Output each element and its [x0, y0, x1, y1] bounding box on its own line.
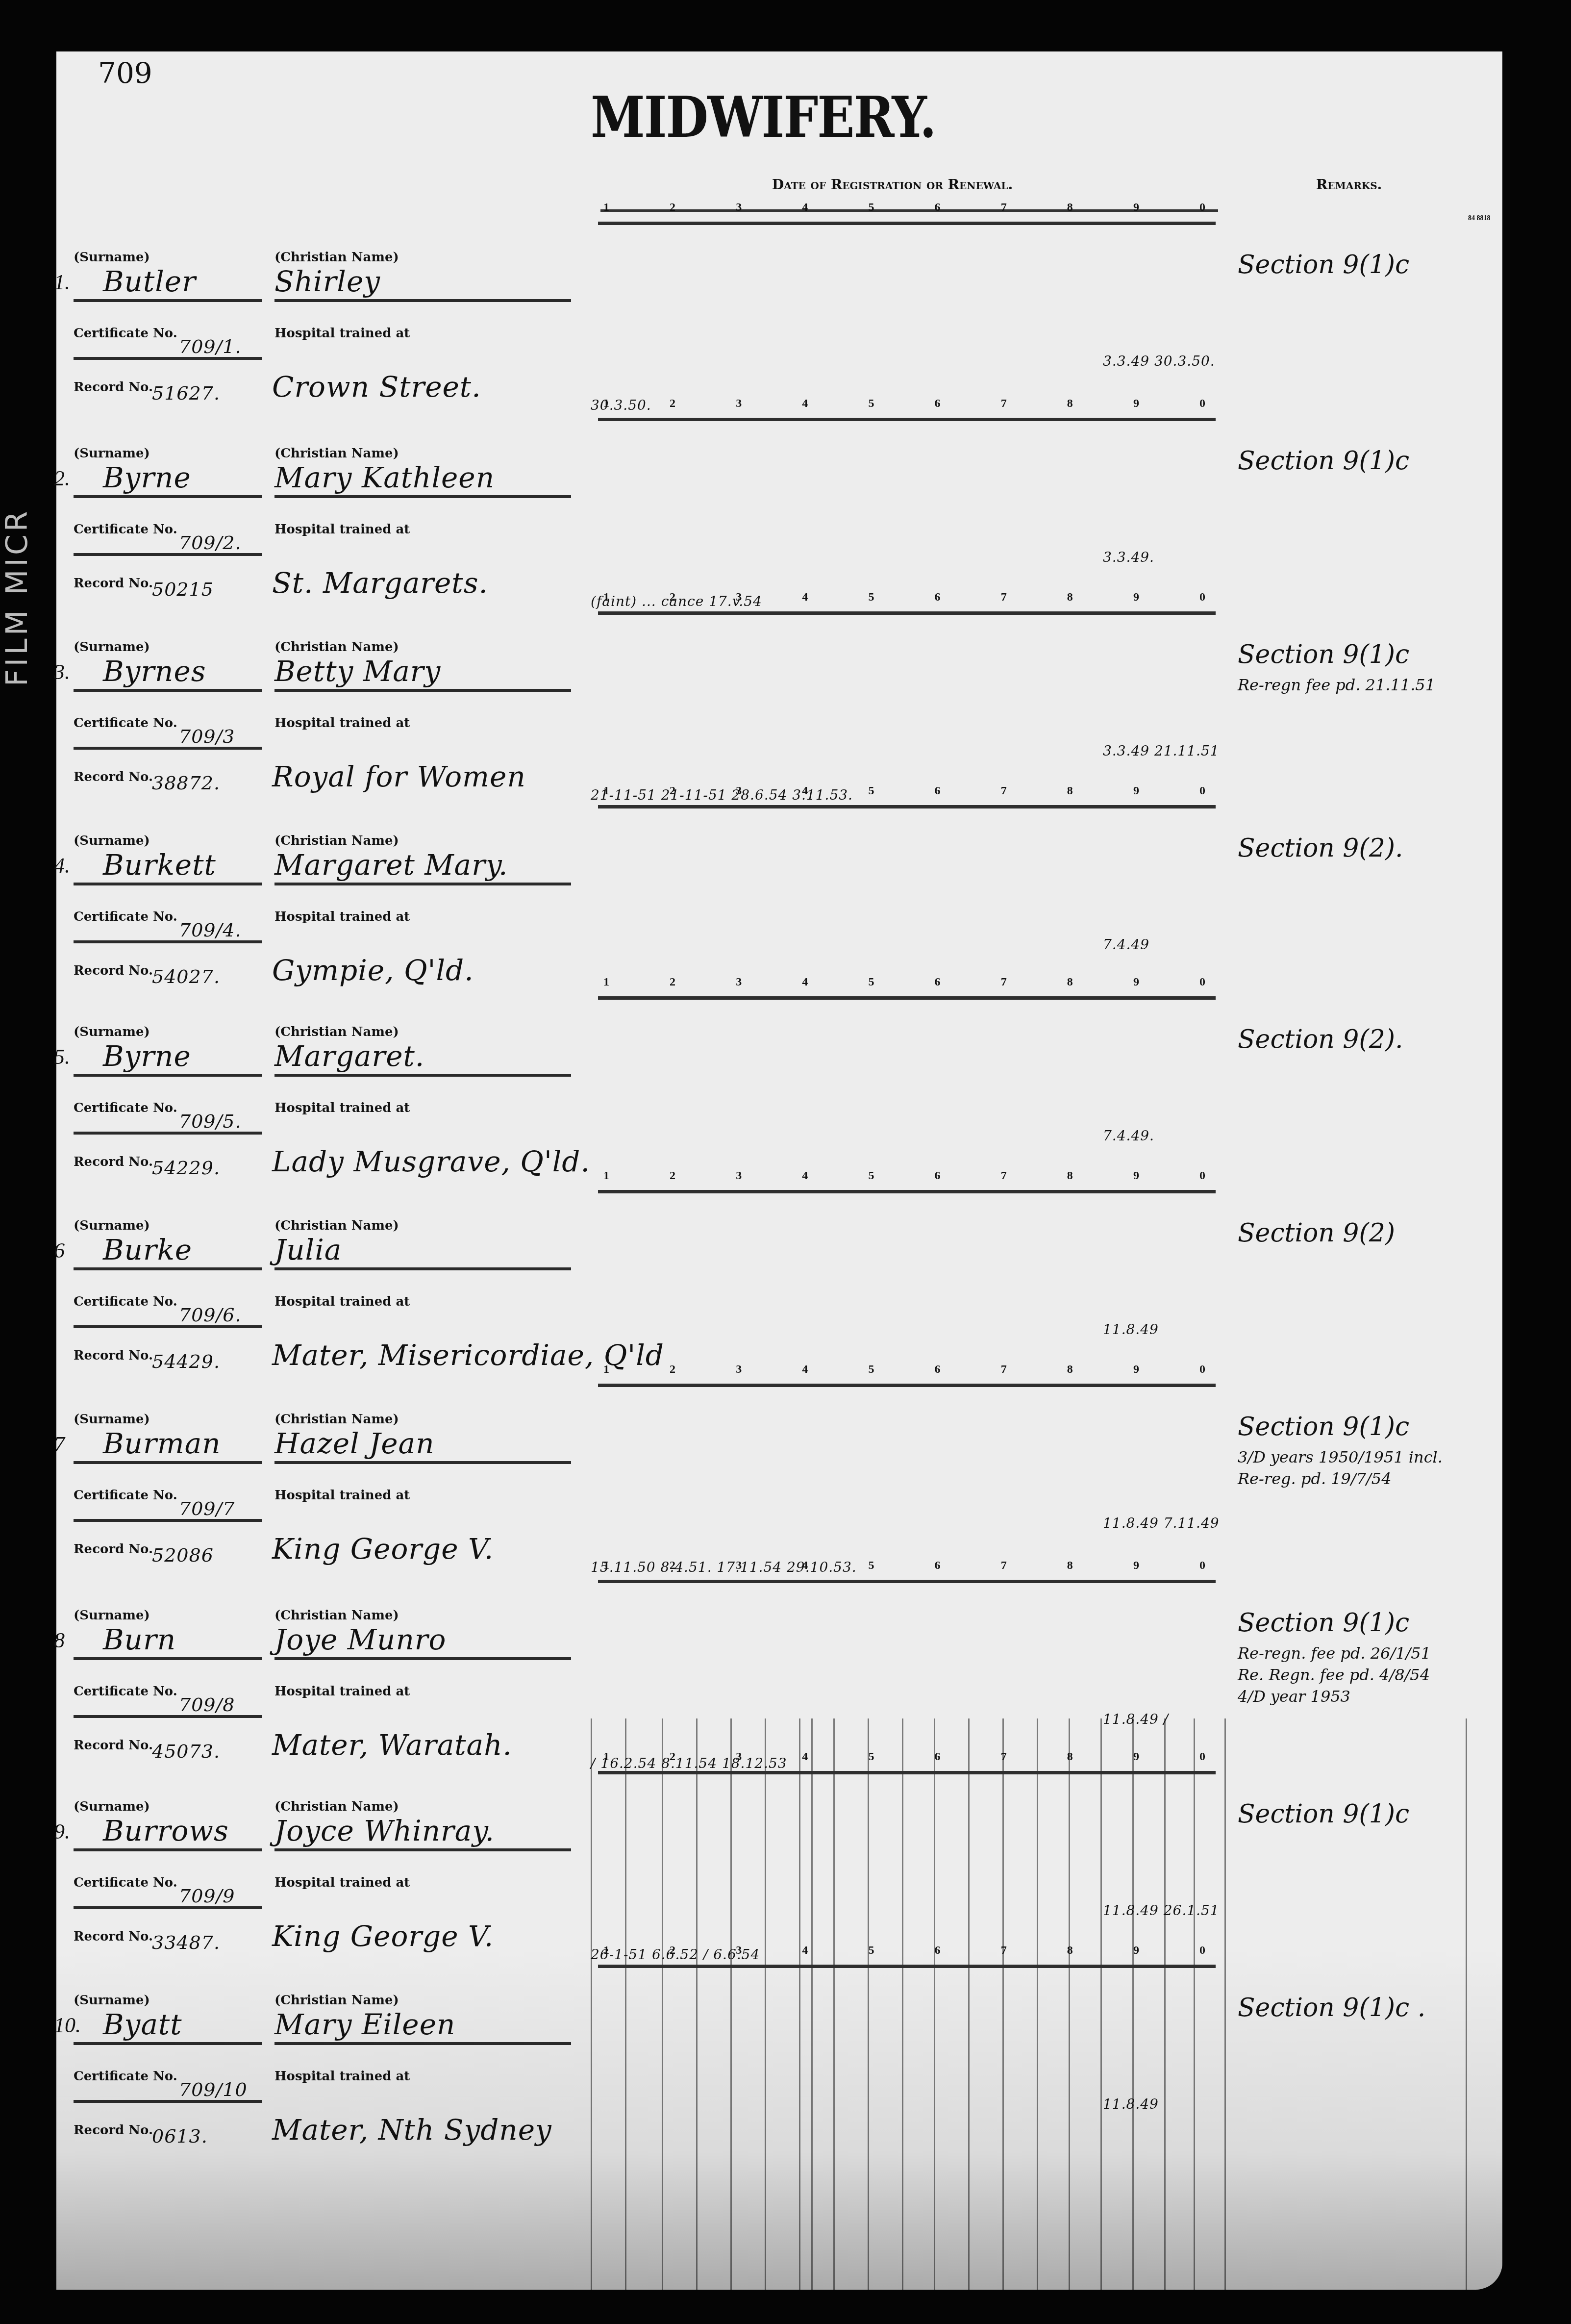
digit-column-7: 7 — [998, 976, 1010, 989]
hospital-label: Hospital trained at — [274, 1294, 410, 1309]
digit-column-header: 1234567890 — [600, 1559, 1208, 1572]
digit-column-4: 4 — [799, 201, 811, 214]
entry-index: 5. — [54, 1044, 70, 1069]
certificate-no-value: 709/3 — [179, 726, 235, 747]
remarks-notes: Re-regn. fee pd. 26/1/51Re. Regn. fee pd… — [1238, 1642, 1431, 1707]
digit-column-2: 2 — [667, 1169, 678, 1183]
digit-column-7: 7 — [998, 201, 1010, 214]
remarks-value: Section 9(2) — [1238, 1218, 1395, 1248]
digit-column-3: 3 — [733, 591, 745, 604]
date-rule — [598, 222, 1216, 225]
certificate-rule — [74, 1132, 262, 1135]
remarks-notes: 3/D years 1950/1951 incl.Re-reg. pd. 19/… — [1238, 1446, 1443, 1490]
remarks-value: Section 9(2). — [1238, 1025, 1403, 1054]
digit-column-header: 1234567890 — [600, 201, 1208, 214]
surname-value: Byrne — [103, 461, 191, 494]
certificate-no-value: 709/1. — [179, 336, 242, 357]
registration-dates: 11.8.49 26.1.51 — [1103, 1902, 1220, 1919]
entry-index: 3. — [54, 659, 70, 684]
record-no-value: 50215 — [152, 579, 214, 600]
surname-value: Burman — [103, 1427, 221, 1460]
record-no-value: 0613. — [152, 2125, 208, 2147]
hospital-value: Mater, Nth Sydney — [272, 2113, 552, 2147]
certificate-rule — [74, 1325, 262, 1328]
digit-column-4: 4 — [799, 784, 811, 798]
christian-name-value: Joye Munro — [274, 1623, 446, 1656]
surname-label: (Surname) — [74, 1218, 150, 1233]
digit-column-6: 6 — [932, 976, 944, 989]
record-no-label: Record No. — [74, 770, 153, 784]
digit-column-5: 5 — [865, 201, 877, 214]
record-no-value: 54027. — [152, 966, 220, 987]
christian-name-label: (Christian Name) — [274, 640, 399, 655]
date-rule — [598, 1580, 1216, 1583]
remarks-value: Section 9(1)c . — [1238, 1993, 1425, 2022]
certificate-no-label: Certificate No. — [74, 1101, 177, 1115]
christian-name-rule — [274, 1848, 571, 1851]
digit-column-4: 4 — [799, 591, 811, 604]
registration-dates: 3.3.49 21.11.51 — [1103, 743, 1220, 759]
register-page: 709 MIDWIFERY. Date of Registration or R… — [56, 51, 1502, 2290]
digit-column-6: 6 — [932, 1363, 944, 1376]
surname-rule — [74, 883, 262, 885]
digit-column-0: 0 — [1197, 1559, 1208, 1572]
digit-column-header: 1234567890 — [600, 591, 1208, 604]
entry-index: 1. — [54, 270, 70, 295]
digit-column-2: 2 — [667, 591, 678, 604]
entry-index: 4. — [54, 853, 70, 878]
remarks-value: Section 9(1)c — [1238, 250, 1409, 279]
christian-name-value: Margaret. — [274, 1039, 424, 1073]
remarks-value: Section 9(1)c — [1238, 640, 1409, 669]
christian-name-value: Margaret Mary. — [274, 848, 508, 882]
certificate-no-label: Certificate No. — [74, 2069, 177, 2084]
certificate-rule — [74, 1519, 262, 1522]
film-edge-marking: FILM MICR — [0, 0, 20, 686]
surname-label: (Surname) — [74, 1993, 150, 2008]
date-rule — [598, 418, 1216, 421]
digit-column-5: 5 — [865, 1750, 877, 1764]
digit-column-2: 2 — [667, 1944, 678, 1957]
digit-column-2: 2 — [667, 784, 678, 798]
digit-column-6: 6 — [932, 591, 944, 604]
remarks-value: Section 9(1)c — [1238, 1412, 1409, 1441]
digit-column-4: 4 — [799, 397, 811, 410]
digit-column-8: 8 — [1064, 1750, 1076, 1764]
page-title: MIDWIFERY. — [591, 84, 936, 151]
hospital-value: Mater, Waratah. — [272, 1728, 512, 1762]
hospital-label: Hospital trained at — [274, 326, 410, 341]
surname-rule — [74, 495, 262, 498]
certificate-no-label: Certificate No. — [74, 1875, 177, 1890]
surname-label: (Surname) — [74, 1025, 150, 1039]
digit-column-3: 3 — [733, 201, 745, 214]
digit-column-9: 9 — [1130, 1169, 1142, 1183]
christian-name-rule — [274, 1074, 571, 1077]
surname-label: (Surname) — [74, 1412, 150, 1427]
digit-column-6: 6 — [932, 1169, 944, 1183]
certificate-no-label: Certificate No. — [74, 326, 177, 341]
digit-column-7: 7 — [998, 1169, 1010, 1183]
digit-column-4: 4 — [799, 1559, 811, 1572]
surname-rule — [74, 2042, 262, 2045]
page-number: 709 — [98, 56, 152, 90]
christian-name-rule — [274, 2042, 571, 2045]
record-no-label: Record No. — [74, 1929, 153, 1944]
digit-column-5: 5 — [865, 976, 877, 989]
hospital-value: Crown Street. — [272, 370, 481, 404]
date-rule — [598, 1384, 1216, 1387]
certificate-rule — [74, 1906, 262, 1909]
digit-column-3: 3 — [733, 1363, 745, 1376]
digit-column-9: 9 — [1130, 784, 1142, 798]
certificate-no-value: 709/10 — [179, 2079, 248, 2100]
digit-column-8: 8 — [1064, 1944, 1076, 1957]
registration-dates: 7.4.49 — [1103, 936, 1149, 953]
certificate-rule — [74, 940, 262, 943]
hospital-value: Lady Musgrave, Q'ld. — [272, 1145, 590, 1178]
remarks-note: Re. Regn. fee pd. 4/8/54 — [1238, 1664, 1431, 1686]
digit-column-5: 5 — [865, 1363, 877, 1376]
digit-column-5: 5 — [865, 591, 877, 604]
surname-value: Byrnes — [103, 655, 206, 688]
christian-name-rule — [274, 689, 571, 692]
certificate-no-label: Certificate No. — [74, 1684, 177, 1699]
entry-index: 10. — [54, 2013, 81, 2038]
record-no-value: 52086 — [152, 1544, 214, 1566]
record-no-label: Record No. — [74, 963, 153, 978]
digit-column-5: 5 — [865, 784, 877, 798]
remarks-note: 3/D years 1950/1951 incl. — [1238, 1446, 1443, 1468]
digit-column-1: 1 — [600, 1750, 612, 1764]
remarks-value: Section 9(1)c — [1238, 1608, 1409, 1638]
hospital-label: Hospital trained at — [274, 1488, 410, 1503]
digit-column-header: 1234567890 — [600, 1363, 1208, 1376]
surname-label: (Surname) — [74, 446, 150, 461]
record-no-value: 54229. — [152, 1157, 220, 1179]
certificate-no-value: 709/5. — [179, 1111, 242, 1132]
christian-name-label: (Christian Name) — [274, 446, 399, 461]
certificate-rule — [74, 357, 262, 360]
digit-column-4: 4 — [799, 1169, 811, 1183]
christian-name-value: Shirley — [274, 265, 380, 298]
hospital-value: St. Margarets. — [272, 566, 488, 600]
certificate-no-value: 709/8 — [179, 1694, 235, 1716]
remarks-column-header: Remarks. — [1316, 177, 1382, 193]
record-no-label: Record No. — [74, 2123, 153, 2138]
christian-name-value: Hazel Jean — [274, 1427, 435, 1460]
christian-name-rule — [274, 495, 571, 498]
hospital-value: Gympie, Q'ld. — [272, 954, 474, 987]
surname-label: (Surname) — [74, 640, 150, 655]
surname-rule — [74, 689, 262, 692]
surname-label: (Surname) — [74, 834, 150, 848]
date-rule — [598, 1965, 1216, 1968]
digit-column-8: 8 — [1064, 1559, 1076, 1572]
digit-column-8: 8 — [1064, 976, 1076, 989]
digit-column-7: 7 — [998, 591, 1010, 604]
digit-column-8: 8 — [1064, 397, 1076, 410]
entry-index: 9. — [54, 1819, 70, 1844]
christian-name-rule — [274, 883, 571, 885]
digit-column-6: 6 — [932, 1944, 944, 1957]
hospital-label: Hospital trained at — [274, 2069, 410, 2084]
registration-dates: 3.3.49. — [1103, 549, 1154, 565]
christian-name-value: Mary Eileen — [274, 2008, 455, 2041]
form-code: 84 8818 — [1468, 215, 1491, 223]
digit-column-5: 5 — [865, 397, 877, 410]
hospital-label: Hospital trained at — [274, 522, 410, 537]
surname-rule — [74, 1657, 262, 1660]
hospital-value: Royal for Women — [272, 760, 526, 793]
digit-column-1: 1 — [600, 784, 612, 798]
digit-column-2: 2 — [667, 1363, 678, 1376]
record-no-label: Record No. — [74, 1348, 153, 1363]
digit-column-5: 5 — [865, 1944, 877, 1957]
date-rule — [598, 805, 1216, 808]
surname-value: Burke — [103, 1233, 192, 1266]
digit-column-3: 3 — [733, 1169, 745, 1183]
certificate-rule — [74, 1715, 262, 1718]
christian-name-value: Betty Mary — [274, 655, 441, 688]
surname-value: Byrne — [103, 1039, 191, 1073]
digit-column-4: 4 — [799, 976, 811, 989]
christian-name-label: (Christian Name) — [274, 1412, 399, 1427]
record-no-value: 38872. — [152, 772, 220, 794]
certificate-no-value: 709/6. — [179, 1304, 242, 1326]
christian-name-value: Joyce Whinray. — [274, 1814, 495, 1847]
digit-column-9: 9 — [1130, 1559, 1142, 1572]
digit-column-7: 7 — [998, 784, 1010, 798]
digit-column-1: 1 — [600, 1944, 612, 1957]
christian-name-label: (Christian Name) — [274, 1025, 399, 1039]
certificate-no-label: Certificate No. — [74, 522, 177, 537]
digit-column-1: 1 — [600, 397, 612, 410]
surname-value: Burkett — [103, 848, 216, 882]
digit-column-header: 1234567890 — [600, 397, 1208, 410]
remarks-notes: Re-regn fee pd. 21.11.51 — [1238, 674, 1435, 696]
surname-rule — [74, 1267, 262, 1270]
surname-value: Byatt — [103, 2008, 182, 2041]
certificate-no-label: Certificate No. — [74, 1488, 177, 1503]
digit-column-8: 8 — [1064, 784, 1076, 798]
digit-column-9: 9 — [1130, 976, 1142, 989]
digit-column-5: 5 — [865, 1169, 877, 1183]
record-no-label: Record No. — [74, 1542, 153, 1557]
christian-name-label: (Christian Name) — [274, 1608, 399, 1623]
digit-column-0: 0 — [1197, 784, 1208, 798]
digit-column-header: 1234567890 — [600, 784, 1208, 798]
digit-column-8: 8 — [1064, 591, 1076, 604]
certificate-rule — [74, 553, 262, 556]
christian-name-label: (Christian Name) — [274, 1799, 399, 1814]
digit-column-6: 6 — [932, 1559, 944, 1572]
registration-dates: 11.8.49 — [1103, 2096, 1159, 2112]
certificate-rule — [74, 2100, 262, 2103]
christian-name-label: (Christian Name) — [274, 834, 399, 848]
digit-column-8: 8 — [1064, 1169, 1076, 1183]
certificate-no-label: Certificate No. — [74, 716, 177, 731]
digit-column-1: 1 — [600, 1559, 612, 1572]
surname-label: (Surname) — [74, 1799, 150, 1814]
digit-column-6: 6 — [932, 201, 944, 214]
digit-column-header: 1234567890 — [600, 1750, 1208, 1764]
record-no-value: 45073. — [152, 1741, 220, 1762]
christian-name-rule — [274, 299, 571, 302]
hospital-label: Hospital trained at — [274, 716, 410, 731]
hospital-label: Hospital trained at — [274, 1684, 410, 1699]
surname-rule — [74, 299, 262, 302]
digit-column-1: 1 — [600, 591, 612, 604]
digit-column-header: 1234567890 — [600, 976, 1208, 989]
digit-column-7: 7 — [998, 1559, 1010, 1572]
surname-label: (Surname) — [74, 250, 150, 265]
digit-column-7: 7 — [998, 1363, 1010, 1376]
digit-column-8: 8 — [1064, 201, 1076, 214]
digit-column-0: 0 — [1197, 201, 1208, 214]
digit-column-3: 3 — [733, 1750, 745, 1764]
digit-column-9: 9 — [1130, 201, 1142, 214]
digit-column-9: 9 — [1130, 1944, 1142, 1957]
christian-name-rule — [274, 1657, 571, 1660]
digit-column-3: 3 — [733, 976, 745, 989]
digit-column-9: 9 — [1130, 397, 1142, 410]
digit-column-9: 9 — [1130, 591, 1142, 604]
digit-column-header: 1234567890 — [600, 1944, 1208, 1957]
digit-column-0: 0 — [1197, 1363, 1208, 1376]
certificate-no-label: Certificate No. — [74, 1294, 177, 1309]
date-column-header: Date of Registration or Renewal. — [772, 177, 1013, 193]
surname-rule — [74, 1461, 262, 1464]
digit-column-7: 7 — [998, 397, 1010, 410]
digit-column-0: 0 — [1197, 591, 1208, 604]
christian-name-label: (Christian Name) — [274, 250, 399, 265]
christian-name-rule — [274, 1461, 571, 1464]
digit-column-6: 6 — [932, 1750, 944, 1764]
christian-name-value: Mary Kathleen — [274, 461, 495, 494]
remarks-value: Section 9(1)c — [1238, 1799, 1409, 1829]
hospital-value: King George V. — [272, 1532, 494, 1566]
remarks-value: Section 9(1)c — [1238, 446, 1409, 476]
digit-column-6: 6 — [932, 397, 944, 410]
certificate-no-value: 709/9 — [179, 1885, 235, 1907]
digit-column-6: 6 — [932, 784, 944, 798]
hospital-label: Hospital trained at — [274, 1875, 410, 1890]
digit-column-header: 1234567890 — [600, 1169, 1208, 1183]
remarks-note: 4/D year 1953 — [1238, 1686, 1431, 1707]
digit-column-9: 9 — [1130, 1750, 1142, 1764]
digit-column-1: 1 — [600, 201, 612, 214]
digit-column-5: 5 — [865, 1559, 877, 1572]
registration-dates: 11.8.49 — [1103, 1321, 1159, 1338]
record-no-value: 33487. — [152, 1932, 220, 1953]
registration-dates: 7.4.49. — [1103, 1128, 1154, 1144]
registration-dates: 11.8.49 7.11.49 — [1103, 1515, 1220, 1531]
record-no-label: Record No. — [74, 1738, 153, 1753]
date-rule — [598, 1190, 1216, 1193]
record-no-label: Record No. — [74, 576, 153, 591]
remarks-note: Re-regn fee pd. 21.11.51 — [1238, 674, 1435, 696]
christian-name-value: Julia — [274, 1233, 342, 1266]
date-rule — [598, 611, 1216, 615]
digit-column-4: 4 — [799, 1750, 811, 1764]
record-no-label: Record No. — [74, 1155, 153, 1169]
christian-name-rule — [274, 1267, 571, 1270]
record-no-value: 54429. — [152, 1351, 220, 1372]
hospital-label: Hospital trained at — [274, 909, 410, 924]
date-rule — [598, 996, 1216, 1000]
digit-column-0: 0 — [1197, 397, 1208, 410]
remarks-note: Re-reg. pd. 19/7/54 — [1238, 1468, 1443, 1490]
digit-column-2: 2 — [667, 397, 678, 410]
digit-column-2: 2 — [667, 201, 678, 214]
digit-column-9: 9 — [1130, 1363, 1142, 1376]
certificate-no-value: 709/7 — [179, 1498, 235, 1519]
certificate-no-value: 709/4. — [179, 919, 242, 941]
record-no-value: 51627. — [152, 382, 220, 404]
registration-dates: 11.8.49 / — [1103, 1711, 1169, 1727]
christian-name-label: (Christian Name) — [274, 1993, 399, 2008]
digit-column-7: 7 — [998, 1944, 1010, 1957]
digit-column-4: 4 — [799, 1944, 811, 1957]
surname-label: (Surname) — [74, 1608, 150, 1623]
entry-index: 6 — [54, 1238, 65, 1263]
digit-column-0: 0 — [1197, 1750, 1208, 1764]
certificate-no-value: 709/2. — [179, 532, 242, 554]
surname-value: Butler — [103, 265, 196, 298]
digit-column-2: 2 — [667, 976, 678, 989]
certificate-rule — [74, 747, 262, 750]
surname-value: Burrows — [103, 1814, 229, 1847]
digit-column-0: 0 — [1197, 1944, 1208, 1957]
entry-index: 7 — [54, 1432, 65, 1457]
entry-index: 8 — [54, 1628, 65, 1653]
registration-dates: 3.3.49 30.3.50. — [1103, 353, 1215, 369]
digit-column-3: 3 — [733, 1559, 745, 1572]
digit-column-0: 0 — [1197, 1169, 1208, 1183]
digit-column-7: 7 — [998, 1750, 1010, 1764]
digit-column-8: 8 — [1064, 1363, 1076, 1376]
certificate-no-label: Certificate No. — [74, 909, 177, 924]
digit-column-1: 1 — [600, 1363, 612, 1376]
entry-index: 2. — [54, 466, 70, 491]
digit-column-1: 1 — [600, 1169, 612, 1183]
digit-column-3: 3 — [733, 397, 745, 410]
digit-column-4: 4 — [799, 1363, 811, 1376]
digit-column-0: 0 — [1197, 976, 1208, 989]
digit-column-1: 1 — [600, 976, 612, 989]
date-rule — [598, 1771, 1216, 1774]
digit-column-2: 2 — [667, 1750, 678, 1764]
surname-rule — [74, 1848, 262, 1851]
remarks-note: Re-regn. fee pd. 26/1/51 — [1238, 1642, 1431, 1664]
digit-column-3: 3 — [733, 1944, 745, 1957]
record-no-label: Record No. — [74, 380, 153, 395]
hospital-value: King George V. — [272, 1920, 494, 1953]
digit-column-2: 2 — [667, 1559, 678, 1572]
hospital-label: Hospital trained at — [274, 1101, 410, 1115]
digit-column-3: 3 — [733, 784, 745, 798]
surname-rule — [74, 1074, 262, 1077]
christian-name-label: (Christian Name) — [274, 1218, 399, 1233]
surname-value: Burn — [103, 1623, 176, 1656]
remarks-value: Section 9(2). — [1238, 834, 1403, 863]
